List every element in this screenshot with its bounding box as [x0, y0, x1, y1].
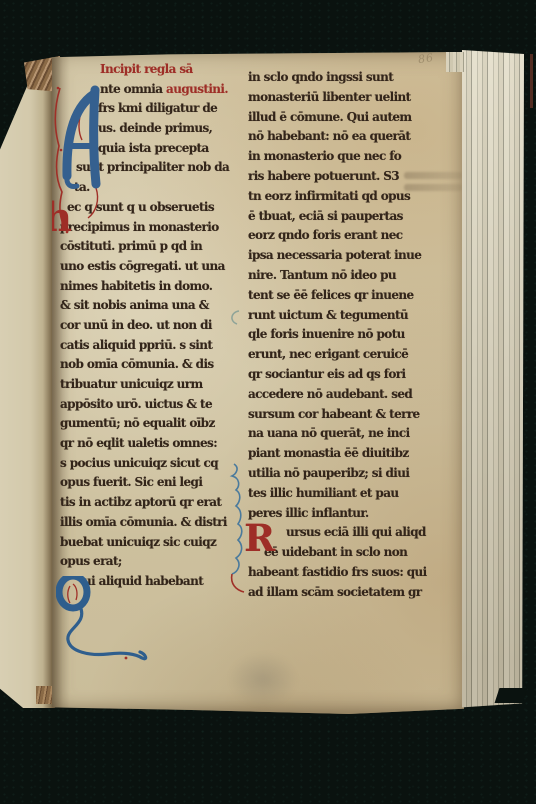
text-line: sursum cor habeant & terre	[248, 405, 454, 425]
text-line: piant monastia ēē diuitibz	[248, 444, 454, 464]
text-line: ursus eciā illi qui aliqd	[248, 523, 454, 543]
text-line: qr sociantur eis ad qs fori	[248, 365, 454, 385]
text-line: nimes habitetis in domo.	[60, 277, 240, 297]
text-line: catis aliquid ppriū. s sint	[60, 336, 240, 356]
text-line: utilia nō pauperibz; si diui	[248, 464, 454, 484]
text-line: uno estis cōgregati. ut una	[60, 257, 240, 277]
initial-q	[56, 576, 162, 666]
text-line: tes illic humiliant et pau	[248, 484, 454, 504]
rubric-line-1: Incipit regla sā	[60, 60, 240, 80]
text-line: opus erat;	[60, 552, 240, 572]
initial-r: R	[244, 518, 275, 558]
folio-number: 86	[417, 51, 435, 66]
text-line: ēē uidebant in sclo non	[248, 543, 454, 563]
right-text-lines: in sclo qndo ingssi suntmonasteriū liben…	[248, 68, 454, 603]
text-line: nire. Tantum nō ideo pu	[248, 266, 454, 286]
text-line: ipsa necessaria poterat inue	[248, 246, 454, 266]
text-line: tribuatur unicuiqz urm	[60, 375, 240, 395]
text-line: opus fuerit. Sic eni legi	[60, 473, 240, 493]
text-line: in monasterio que nec fo	[248, 147, 454, 167]
body-text: nte omnia	[100, 82, 162, 96]
text-line: illud ē cōmune. Qui autem	[248, 108, 454, 128]
text-line: buebat unicuiqz sic cuiqz	[60, 533, 240, 553]
text-line: gumentū; nō equalit oībz	[60, 414, 240, 434]
rubric-text: Incipit regla sā	[100, 62, 193, 76]
text-line: s pocius unicuiqz sicut cq	[60, 454, 240, 474]
text-line: accedere nō audebant. sed	[248, 385, 454, 405]
text-line: na uana nō querāt, ne inci	[248, 424, 454, 444]
text-line: illis omīa cōmunia. & distri	[60, 513, 240, 533]
text-line: cōstituti. primū p qd in	[60, 237, 240, 257]
text-line: erunt, nec erigant ceruicē	[248, 345, 454, 365]
text-line: ē tbuat, eciā si paupertas	[248, 207, 454, 227]
facing-page-edge	[0, 66, 55, 708]
text-line: monasteriū libenter uelint	[248, 88, 454, 108]
fore-edge-corner-step	[446, 52, 464, 72]
fore-edge-shadow-notch	[495, 688, 528, 703]
margin-flourish	[218, 460, 246, 600]
cover-edge	[530, 54, 533, 108]
text-line: & sit nobis anima una &	[60, 296, 240, 316]
text-line: ad illam scām societatem gr	[248, 583, 454, 603]
text-line: nō habebant: nō ea querāt	[248, 127, 454, 147]
text-line: appōsito urō. uictus & te	[60, 395, 240, 415]
show-through-text	[404, 172, 462, 200]
text-line: habeant fastidio frs suos: qui	[248, 563, 454, 583]
manuscript-photo: 86 Incipit regla sā nte omnia augustini.…	[0, 0, 536, 804]
right-column: in sclo qndo ingssi suntmonasteriū liben…	[248, 68, 454, 603]
text-line: in sclo qndo ingssi sunt	[248, 68, 454, 88]
text-line: tis in actibz aptorū qr erat	[60, 493, 240, 513]
margin-mark	[226, 308, 242, 326]
fore-edge-pages	[462, 50, 524, 710]
manuscript-page: 86 Incipit regla sā nte omnia augustini.…	[52, 52, 464, 714]
text-line: qle foris inuenire nō potu	[248, 325, 454, 345]
text-line: nob omīa cōmunia. & dis	[60, 355, 240, 375]
text-line: tent se ēē felices qr inuene	[248, 286, 454, 306]
text-line: eorz qndo foris erant nec	[248, 226, 454, 246]
text-line: runt uictum & tegumentū	[248, 306, 454, 326]
text-line: cor unū in deo. ut non di	[60, 316, 240, 336]
parchment-stain	[228, 652, 298, 707]
text-line: peres illic inflantur.	[248, 504, 454, 524]
rubric-text: augustini.	[166, 82, 228, 96]
text-line: qr nō eqlit ualetis omnes:	[60, 434, 240, 454]
